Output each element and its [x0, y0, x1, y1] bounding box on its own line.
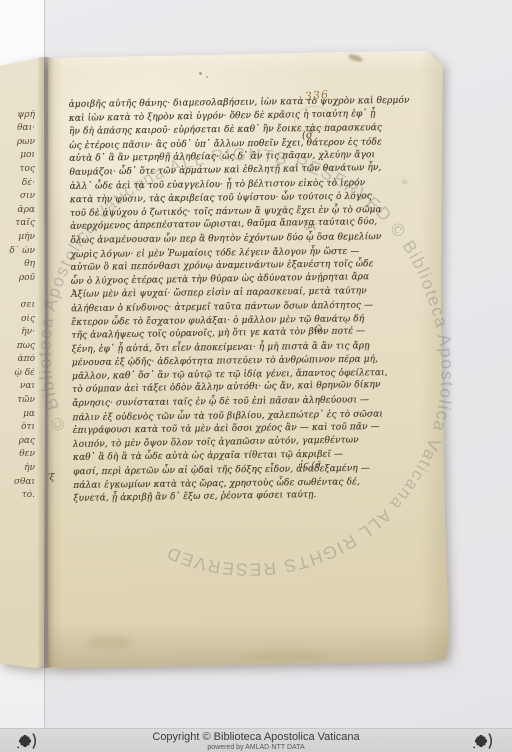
- facing-page-line-end: ροῦ: [0, 273, 37, 287]
- manuscript-page: 336 ἀμοιβῆς αὐτῆς θάνης· διαμεσολαβήσειν…: [0, 0, 512, 752]
- facing-page-line-end: οἷς: [0, 314, 37, 328]
- facing-page-line-end: ᾧ δὲ: [0, 368, 37, 382]
- vatican-emblem-icon: [471, 730, 497, 752]
- facing-page-line-end: ρας: [0, 436, 37, 450]
- manuscript-scan-viewer: ψρήθαι·ρωνμοιτοςδὲ·σινἄραταῖςμήνδ᾿ ὧνθηρ…: [0, 0, 512, 752]
- facing-page-line-end: σιν: [0, 191, 37, 205]
- footer-bar: Copyright © Biblioteca Apostolica Vatica…: [0, 728, 512, 752]
- page-stain: [347, 53, 363, 63]
- page-stain: [240, 652, 330, 661]
- book-block: ψρήθαι·ρωνμοιτοςδὲ·σινἄραταῖςμήνδ᾿ ὧνθηρ…: [0, 0, 512, 752]
- page-stain: [88, 636, 132, 649]
- manuscript-line: ξυνετά, ᾗ ἀκριβῇ ἂν δ᾿ ἔξω σε, ῥέοντα φύ…: [73, 488, 364, 506]
- facing-page-line-end: ψρή: [0, 110, 37, 124]
- facing-page-line-end: τό.: [0, 490, 37, 504]
- facing-page-line-end: δὲ·: [0, 178, 37, 192]
- facing-page-line-end: σει: [0, 300, 37, 314]
- margin-mark: ζμϛ: [304, 222, 316, 230]
- facing-page-line-end: ἦν: [0, 463, 37, 477]
- facing-page-line-end: τος: [0, 164, 37, 178]
- facing-page-line-end: μήν: [0, 232, 37, 246]
- facing-page-line-end: θαι·: [0, 123, 37, 137]
- margin-mark: ῶ: [314, 324, 322, 335]
- facing-page-line-end: σθαι: [0, 477, 37, 491]
- facing-page-line-end: [0, 96, 37, 110]
- facing-page-line-end: μα: [0, 409, 37, 423]
- facing-page-text: ψρήθαι·ρωνμοιτοςδὲ·σινἄραταῖςμήνδ᾿ ὧνθηρ…: [0, 96, 37, 504]
- facing-page-line-end: ταῖς: [0, 218, 37, 232]
- margin-mark: ἰϛ (σ̃: [300, 461, 321, 471]
- facing-page-line-end: [0, 286, 37, 300]
- facing-page-line-end: ἄρα: [0, 205, 37, 219]
- manuscript-text-block: ἀμοιβῆς αὐτῆς θάνης· διαμεσολαβήσειν, ἰὼ…: [69, 95, 374, 506]
- facing-page-line-end: θη: [0, 259, 37, 273]
- facing-page-line-end: ἥν·: [0, 327, 37, 341]
- facing-page-line-end: ρων: [0, 137, 37, 151]
- facing-page-line-end: ὅτι: [0, 422, 37, 436]
- gutter-shadow: [37, 57, 54, 668]
- page-stain: [206, 76, 208, 78]
- facing-page-line-end: μοι: [0, 150, 37, 164]
- powered-by-text: powered by AMLAD·NTT DATA: [0, 744, 512, 752]
- facing-page-line-end: ἀπό: [0, 354, 37, 368]
- page-stain: [402, 180, 407, 184]
- facing-page-line-end: πως: [0, 341, 37, 355]
- facing-page-line-end: θεν: [0, 449, 37, 463]
- facing-page-line-end: τῶν: [0, 395, 37, 409]
- margin-mark: (σ̃: [302, 130, 313, 142]
- facing-page-line-end: δ᾿ ὧν: [0, 246, 37, 260]
- page-stain: [199, 72, 202, 75]
- copyright-text: Copyright © Biblioteca Apostolica Vatica…: [0, 731, 512, 744]
- facing-page-line-end: ναι: [0, 381, 37, 395]
